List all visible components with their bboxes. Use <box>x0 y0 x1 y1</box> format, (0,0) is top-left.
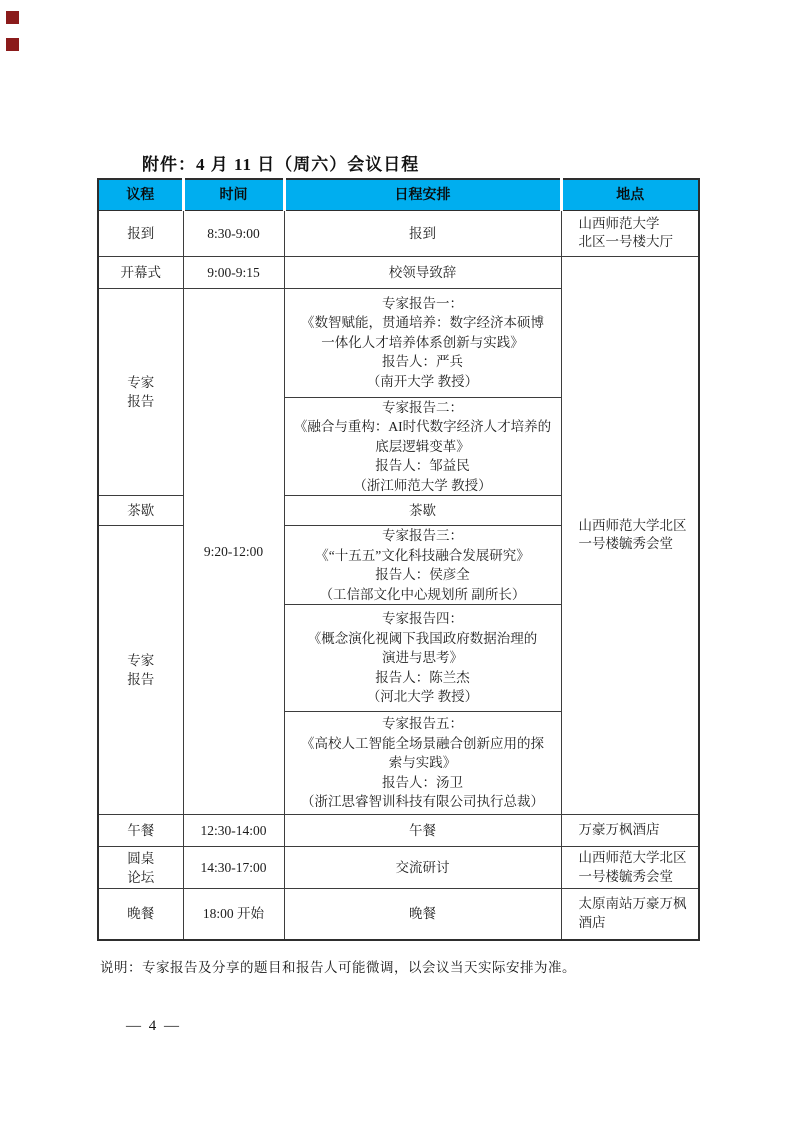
schedule-cell-checkin: 报到 <box>284 210 561 256</box>
table-row-roundtable: 圆桌 论坛 14:30-17:00 交流研讨 山西师范大学北区 一号楼毓秀会堂 <box>98 847 699 889</box>
report-line: （南开大学 教授） <box>285 372 561 392</box>
report-line: 专家报告二： <box>285 398 561 418</box>
location-line: 北区一号楼大厅 <box>579 233 695 252</box>
time-cell-roundtable: 14:30-17:00 <box>183 847 284 889</box>
report-line: 索与实践》 <box>285 753 561 773</box>
schedule-cell-report-2: 专家报告二： 《融合与重构：AI时代数字经济人才培养的 底层逻辑变革》 报告人：… <box>284 397 561 496</box>
corner-marker <box>6 38 19 51</box>
schedule-cell-lunch: 午餐 <box>284 815 561 847</box>
agenda-line: 圆桌 <box>99 849 183 868</box>
report-line: （河北大学 教授） <box>285 687 561 707</box>
report-line: 报告人：陈兰杰 <box>285 668 561 688</box>
agenda-line: 报告 <box>99 670 183 689</box>
schedule-cell-report-4: 专家报告四： 《概念演化视阈下我国政府数据治理的 演进与思考》 报告人：陈兰杰 … <box>284 605 561 712</box>
table-row-checkin: 报到 8:30-9:00 报到 山西师范大学 北区一号楼大厅 <box>98 210 699 256</box>
table-row-lunch: 午餐 12:30-14:00 午餐 万豪万枫酒店 <box>98 815 699 847</box>
table-row-opening: 开幕式 9:00-9:15 校领导致辞 山西师范大学北区 一号楼毓秀会堂 <box>98 256 699 288</box>
column-header-time: 时间 <box>183 179 284 210</box>
schedule-cell-dinner: 晚餐 <box>284 889 561 940</box>
table-row-dinner: 晚餐 18:00 开始 晚餐 太原南站万豪万枫 酒店 <box>98 889 699 940</box>
schedule-cell-opening: 校领导致辞 <box>284 256 561 288</box>
agenda-cell-roundtable: 圆桌 论坛 <box>98 847 183 889</box>
agenda-cell-dinner: 晚餐 <box>98 889 183 940</box>
location-cell-roundtable: 山西师范大学北区 一号楼毓秀会堂 <box>561 847 699 889</box>
location-cell-main-venue: 山西师范大学北区 一号楼毓秀会堂 <box>561 256 699 815</box>
agenda-cell-lunch: 午餐 <box>98 815 183 847</box>
location-cell-dinner: 太原南站万豪万枫 酒店 <box>561 889 699 940</box>
schedule-cell-report-5: 专家报告五： 《高校人工智能全场景融合创新应用的探 索与实践》 报告人：汤卫 （… <box>284 712 561 815</box>
report-line: 专家报告五： <box>285 714 561 734</box>
report-line: 专家报告三： <box>285 526 561 546</box>
location-line: 山西师范大学北区 <box>579 517 695 536</box>
location-line: 山西师范大学 <box>579 215 695 234</box>
time-cell-morning-session: 9:20-12:00 <box>183 288 284 815</box>
time-cell-checkin: 8:30-9:00 <box>183 210 284 256</box>
document-page: 附件：4 月 11 日（周六）会议日程 议程 时间 日程安排 地点 报到 8:3… <box>0 0 794 1123</box>
report-line: 报告人：侯彦全 <box>285 565 561 585</box>
report-line: 报告人：严兵 <box>285 352 561 372</box>
schedule-table: 议程 时间 日程安排 地点 报到 8:30-9:00 报到 山西师范大学 北区一… <box>97 178 700 941</box>
report-line: （工信部文化中心规划所 副所长） <box>285 585 561 605</box>
location-line: 一号楼毓秀会堂 <box>579 868 695 887</box>
agenda-line: 论坛 <box>99 868 183 887</box>
time-cell-lunch: 12:30-14:00 <box>183 815 284 847</box>
column-header-schedule: 日程安排 <box>284 179 561 210</box>
report-line: 演进与思考》 <box>285 648 561 668</box>
column-header-location: 地点 <box>561 179 699 210</box>
page-title: 附件：4 月 11 日（周六）会议日程 <box>142 150 419 175</box>
report-line: 《融合与重构：AI时代数字经济人才培养的 <box>285 417 561 437</box>
table-header-row: 议程 时间 日程安排 地点 <box>98 179 699 210</box>
footnote: 说明：专家报告及分享的题目和报告人可能微调，以会议当天实际安排为准。 <box>100 956 576 976</box>
agenda-cell-checkin: 报到 <box>98 210 183 256</box>
location-line: 酒店 <box>579 914 695 933</box>
location-line: 山西师范大学北区 <box>579 849 695 868</box>
column-header-agenda: 议程 <box>98 179 183 210</box>
agenda-line: 报告 <box>99 392 183 411</box>
report-line: 专家报告四： <box>285 609 561 629</box>
agenda-cell-tea-break: 茶歇 <box>98 496 183 526</box>
report-line: 底层逻辑变革》 <box>285 437 561 457</box>
report-line: 一体化人才培养体系创新与实践》 <box>285 333 561 353</box>
report-line: 报告人：汤卫 <box>285 773 561 793</box>
location-line: 万豪万枫酒店 <box>579 821 695 840</box>
report-line: 报告人：邹益民 <box>285 456 561 476</box>
time-cell-dinner: 18:00 开始 <box>183 889 284 940</box>
location-cell-checkin: 山西师范大学 北区一号楼大厅 <box>561 210 699 256</box>
report-line: 《数智赋能，贯通培养：数字经济本硕博 <box>285 313 561 333</box>
time-cell-opening: 9:00-9:15 <box>183 256 284 288</box>
agenda-cell-expert-reports-1: 专家 报告 <box>98 288 183 496</box>
schedule-cell-report-3: 专家报告三： 《“十五五”文化科技融合发展研究》 报告人：侯彦全 （工信部文化中… <box>284 526 561 605</box>
report-line: 《高校人工智能全场景融合创新应用的探 <box>285 734 561 754</box>
location-line: 太原南站万豪万枫 <box>579 895 695 914</box>
schedule-cell-tea-break: 茶歇 <box>284 496 561 526</box>
location-cell-lunch: 万豪万枫酒店 <box>561 815 699 847</box>
agenda-cell-opening: 开幕式 <box>98 256 183 288</box>
report-line: （浙江师范大学 教授） <box>285 476 561 496</box>
report-line: （浙江思睿智训科技有限公司执行总裁） <box>285 792 561 812</box>
location-line: 一号楼毓秀会堂 <box>579 535 695 554</box>
agenda-line: 专家 <box>99 373 183 392</box>
page-number: — 4 — <box>126 1018 181 1035</box>
agenda-line: 专家 <box>99 651 183 670</box>
schedule-cell-roundtable: 交流研讨 <box>284 847 561 889</box>
report-line: 专家报告一： <box>285 294 561 314</box>
schedule-cell-report-1: 专家报告一： 《数智赋能，贯通培养：数字经济本硕博 一体化人才培养体系创新与实践… <box>284 288 561 397</box>
report-line: 《“十五五”文化科技融合发展研究》 <box>285 546 561 566</box>
report-line: 《概念演化视阈下我国政府数据治理的 <box>285 629 561 649</box>
corner-marker <box>6 11 19 24</box>
agenda-cell-expert-reports-2: 专家 报告 <box>98 526 183 815</box>
